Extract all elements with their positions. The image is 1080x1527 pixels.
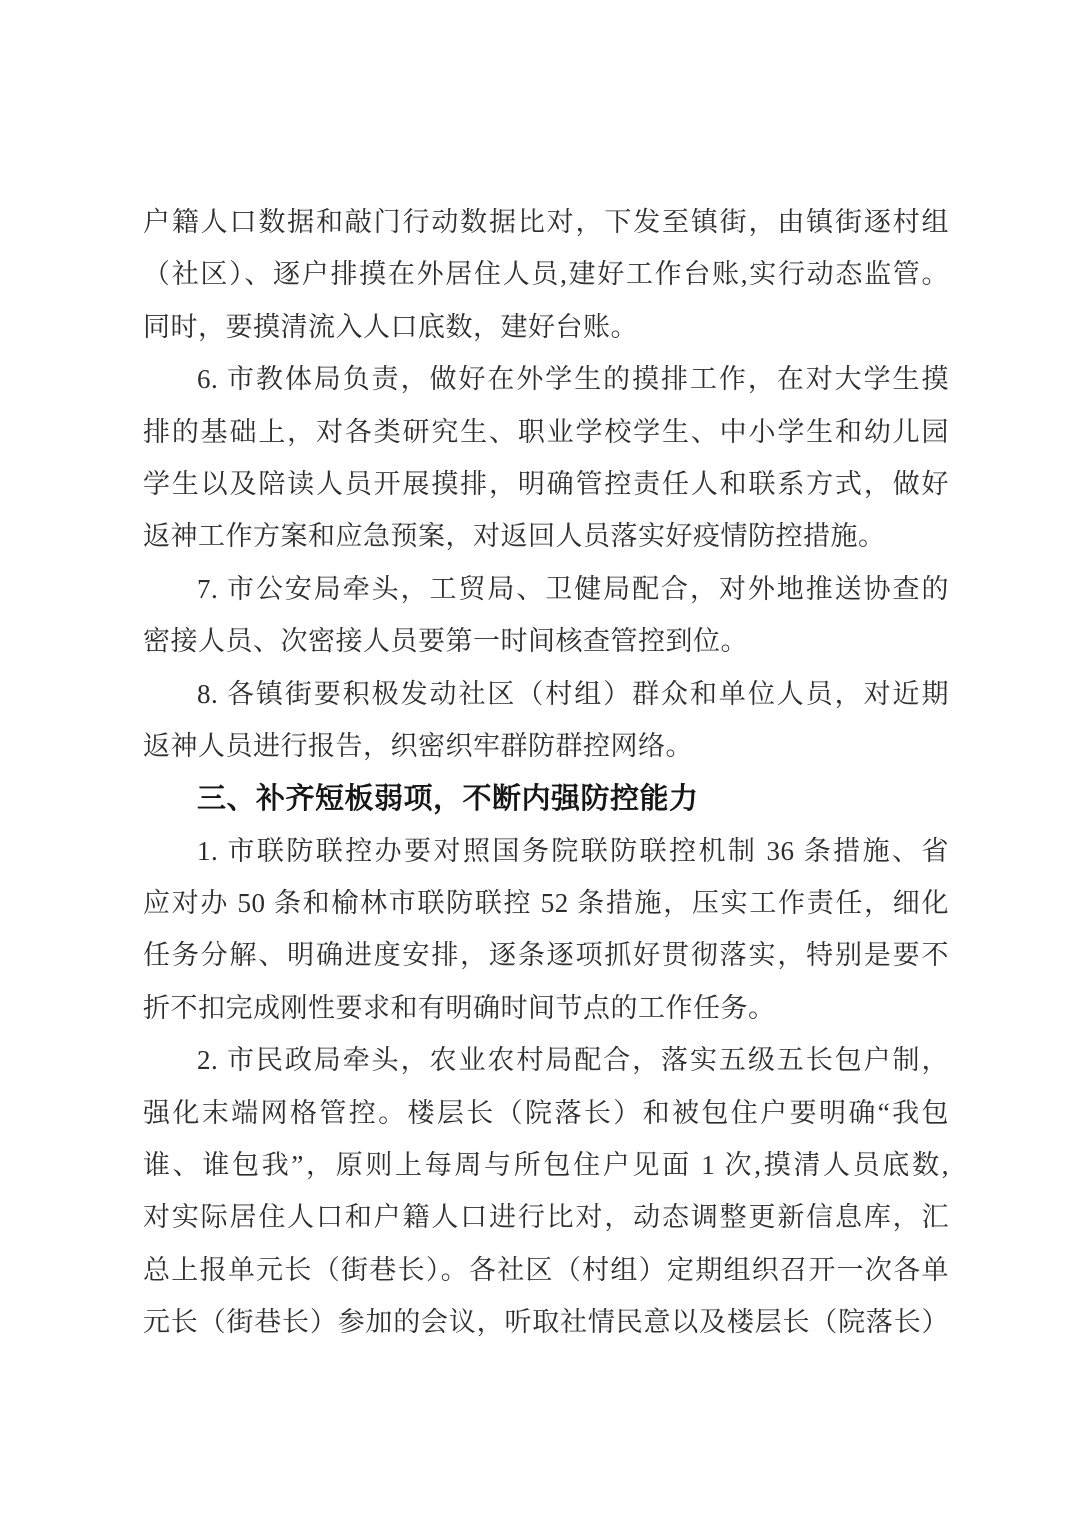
- text-line: 返神工作方案和应急预案，对返回人员落实好疫情防控措施。: [143, 510, 949, 562]
- document-text-block: 户籍人口数据和敲门行动数据比对，下发至镇街，由镇街逐村组 （社区）、逐户排摸在外…: [143, 196, 949, 1349]
- section-heading: 三、补齐短板弱项，不断内强防控能力: [143, 772, 949, 824]
- text-line: 2. 市民政局牵头，农业农村局配合，落实五级五长包户制，: [143, 1034, 949, 1086]
- text-line: （社区）、逐户排摸在外居住人员,建好工作台账,实行动态监管。: [143, 248, 949, 300]
- text-line: 应对办 50 条和榆林市联防联控 52 条措施，压实工作责任，细化: [143, 877, 949, 929]
- text-line: 强化末端网格管控。楼层长（院落长）和被包住户要明确“我包: [143, 1087, 949, 1139]
- text-line: 对实际居住人口和户籍人口进行比对，动态调整更新信息库，汇: [143, 1191, 949, 1243]
- text-line: 6. 市教体局负责，做好在外学生的摸排工作，在对大学生摸: [143, 353, 949, 405]
- document-page: 户籍人口数据和敲门行动数据比对，下发至镇街，由镇街逐村组 （社区）、逐户排摸在外…: [0, 0, 1080, 1527]
- text-line: 返神人员进行报告，织密织牢群防群控网络。: [143, 720, 949, 772]
- text-line: 同时，要摸清流入人口底数，建好台账。: [143, 301, 949, 353]
- text-line: 密接人员、次密接人员要第一时间核查管控到位。: [143, 615, 949, 667]
- text-line: 元长（街巷长）参加的会议，听取社情民意以及楼层长（院落长）: [143, 1296, 949, 1348]
- text-line: 总上报单元长（街巷长）。各社区（村组）定期组织召开一次各单: [143, 1244, 949, 1296]
- text-line: 学生以及陪读人员开展摸排，明确管控责任人和联系方式，做好: [143, 458, 949, 510]
- text-line: 任务分解、明确进度安排，逐条逐项抓好贯彻落实，特别是要不: [143, 929, 949, 981]
- text-line: 1. 市联防联控办要对照国务院联防联控机制 36 条措施、省: [143, 825, 949, 877]
- text-line: 户籍人口数据和敲门行动数据比对，下发至镇街，由镇街逐村组: [143, 196, 949, 248]
- text-line: 谁、谁包我”，原则上每周与所包住户见面 1 次,摸清人员底数,: [143, 1139, 949, 1191]
- text-line: 8. 各镇街要积极发动社区（村组）群众和单位人员，对近期: [143, 668, 949, 720]
- text-line: 折不扣完成刚性要求和有明确时间节点的工作任务。: [143, 982, 949, 1034]
- text-line: 7. 市公安局牵头，工贸局、卫健局配合，对外地推送协查的: [143, 563, 949, 615]
- text-line: 排的基础上，对各类研究生、职业学校学生、中小学生和幼儿园: [143, 406, 949, 458]
